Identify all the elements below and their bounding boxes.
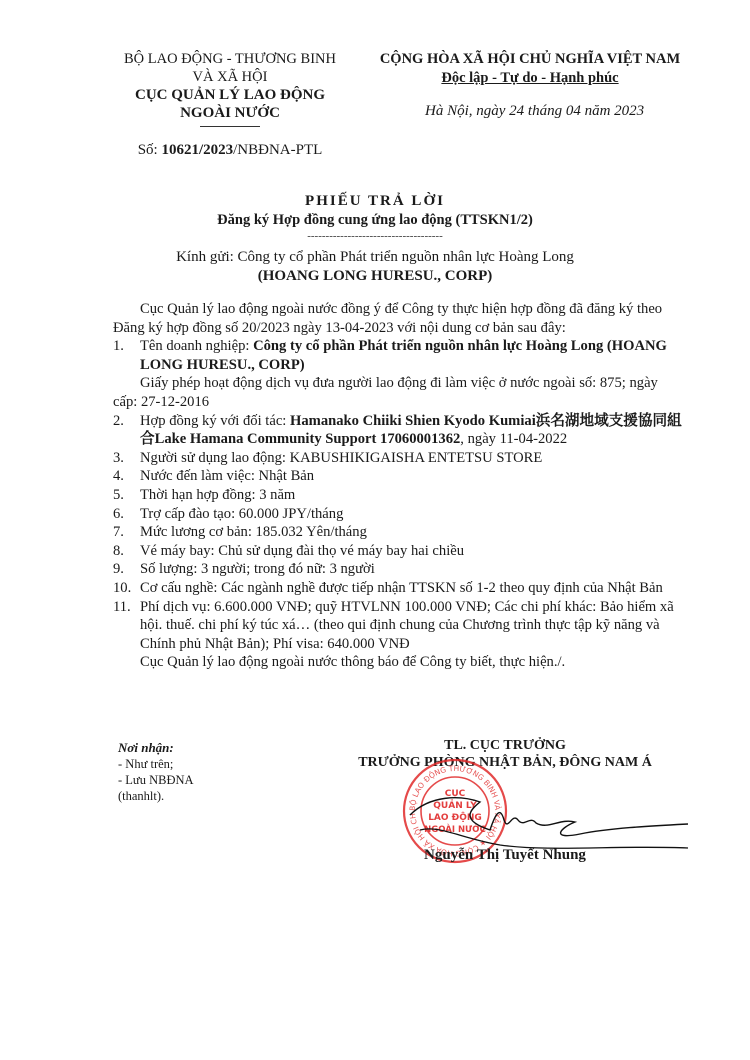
national-motto: Độc lập - Tự do - Hạnh phúc — [441, 70, 618, 86]
list-item: 6.Trợ cấp đào tạo: 60.000 JPY/tháng — [113, 505, 683, 524]
header-divider — [200, 126, 260, 127]
list-item: 4.Nước đến làm việc: Nhật Bản — [113, 467, 683, 486]
list-item: 5.Thời hạn hợp đồng: 3 năm — [113, 486, 683, 505]
list-item: 1. Tên doanh nghiệp: Công ty cổ phần Phá… — [113, 337, 683, 374]
list-item: 3.Người sử dụng lao động: KABUSHIKIGAISH… — [113, 449, 683, 468]
ministry-line-1: BỘ LAO ĐỘNG - THƯƠNG BINH — [100, 50, 360, 68]
department-line-2: NGOÀI NƯỚC — [100, 104, 360, 122]
license-paragraph: Giấy phép hoạt động dịch vụ đưa người la… — [113, 374, 683, 411]
document-number: Số: 10621/2023/NBĐNA-PTL — [100, 141, 360, 159]
recipients-label: Nơi nhận: — [118, 740, 194, 756]
recipients-line: - Lưu NBĐNA — [118, 772, 194, 788]
document-title: PHIẾU TRẢ LỜI — [0, 193, 750, 210]
title-separator: ------------------------------------- — [0, 230, 750, 242]
list-item: 7.Mức lương cơ bản: 185.032 Yên/tháng — [113, 523, 683, 542]
recipient-line-1: Kính gửi: Công ty cổ phần Phát triển ngu… — [0, 248, 750, 267]
list-item: 11.Phí dịch vụ: 6.600.000 VNĐ; quỹ HTVLN… — [113, 598, 683, 654]
document-body: Cục Quản lý lao động ngoài nước đồng ý đ… — [113, 300, 683, 672]
list-item: 9.Số lượng: 3 người; trong đó nữ: 3 ngườ… — [113, 560, 683, 579]
nation-name: CỘNG HÒA XÃ HỘI CHỦ NGHĨA VIỆT NAM — [360, 50, 700, 69]
ministry-line-2: VÀ XÃ HỘI — [100, 68, 360, 86]
intro-paragraph: Cục Quản lý lao động ngoài nước đồng ý đ… — [113, 300, 683, 337]
closing-paragraph: Cục Quản lý lao động ngoài nước thông bá… — [113, 653, 683, 672]
signer-name: Nguyễn Thị Tuyết Nhung — [320, 847, 690, 864]
national-header: CỘNG HÒA XÃ HỘI CHỦ NGHĨA VIỆT NAM Độc l… — [360, 50, 700, 88]
list-item: 2. Hợp đồng ký với đối tác: Hamanako Chi… — [113, 412, 683, 449]
place-date: Hà Nội, ngày 24 tháng 04 năm 2023 — [425, 103, 644, 120]
list-item: 10.Cơ cấu nghề: Các ngành nghề được tiếp… — [113, 579, 683, 598]
recipients-block: Nơi nhận: - Như trên; - Lưu NBĐNA (thanh… — [118, 740, 194, 804]
document-subtitle: Đăng ký Hợp đồng cung ứng lao động (TTSK… — [0, 212, 750, 229]
recipients-line: - Như trên; — [118, 756, 194, 772]
department-line-1: CỤC QUẢN LÝ LAO ĐỘNG — [100, 86, 360, 104]
issuing-authority: BỘ LAO ĐỘNG - THƯƠNG BINH VÀ XÃ HỘI CỤC … — [100, 50, 360, 159]
recipient: Kính gửi: Công ty cổ phần Phát triển ngu… — [0, 248, 750, 286]
recipient-line-2: (HOANG LONG HURESU., CORP) — [0, 267, 750, 286]
list-item: 8.Vé máy bay: Chủ sử dụng đài thọ vé máy… — [113, 542, 683, 561]
recipients-line: (thanhlt). — [118, 788, 194, 804]
